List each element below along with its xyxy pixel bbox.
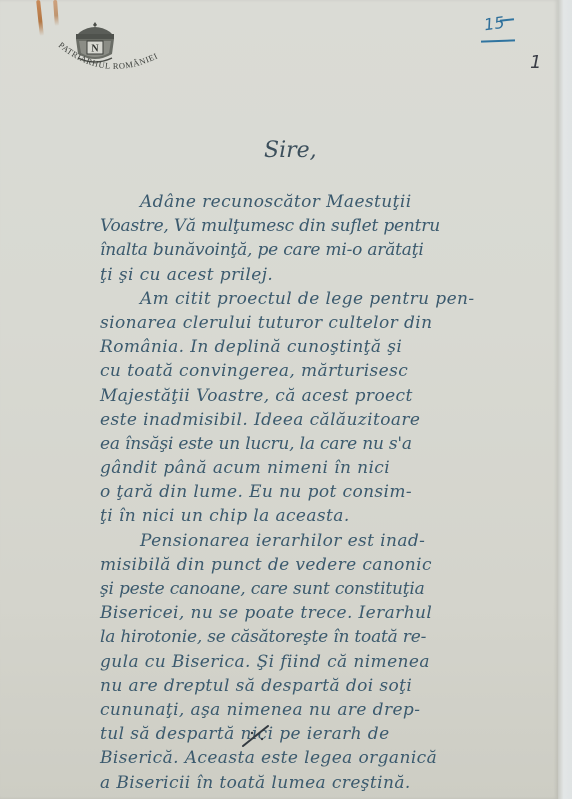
handwritten-line: Voastre, Vă mulţumesc din suflet pentru <box>100 214 558 238</box>
handwritten-line: cu toată convingerea, mărturisesc <box>100 359 558 383</box>
handwritten-line: cununaţi, aşa nimenea nu are drep- <box>100 698 558 722</box>
handwritten-line: Am citit proectul de lege pentru pen- <box>100 287 558 311</box>
handwritten-line: sionarea clerului tuturor cultelor din <box>100 311 558 335</box>
svg-text:PATRIARHUL ROMÂNIEI: PATRIARHUL ROMÂNIEI <box>57 40 160 71</box>
handwritten-line: gândit până acum nimeni în nici <box>100 456 558 480</box>
corner-stain <box>0 0 60 45</box>
handwritten-line: ea însăşi este un lucru, la care nu s'a <box>100 432 558 456</box>
scan-background-edge <box>558 0 572 799</box>
page-number: 1 <box>530 52 541 73</box>
letterhead-text: PATRIARHUL ROMÂNIEI <box>50 40 170 90</box>
archive-number-underline <box>481 39 515 42</box>
handwritten-line: ţi în nici un chip la aceasta. <box>100 504 558 528</box>
handwritten-line: Adâne recunoscător Maestuţii <box>100 190 558 214</box>
letter-body: Adâne recunoscător MaestuţiiVoastre, Vă … <box>100 190 558 795</box>
handwritten-line: Majestăţii Voastre, că acest proect <box>100 384 558 408</box>
letter-page: N PATRIARHUL ROMÂNIEI 15 1 Sire, Adâne r… <box>0 0 558 799</box>
handwritten-line: Bisericei, nu se poate trece. Ierarhul <box>100 601 558 625</box>
closing-mark <box>240 724 280 754</box>
handwritten-line: înalta bunăvoinţă, pe care mi-o arătaţi <box>100 238 558 262</box>
handwritten-line: România. In deplină cunoştinţă şi <box>100 335 558 359</box>
handwritten-line: şi peste canoane, care sunt constituţia <box>100 577 558 601</box>
handwritten-line: Biserică. Aceasta este legea organică <box>100 746 558 770</box>
handwritten-line: gula cu Biserica. Şi fiind că nimenea <box>100 650 558 674</box>
handwritten-line: a Bisericii în toată lumea creştină. <box>100 771 558 795</box>
handwritten-line: misibilă din punct de vedere canonic <box>100 553 558 577</box>
salutation: Sire, <box>264 138 317 163</box>
archive-number: 15 <box>483 13 506 35</box>
handwritten-line: Pensionarea ierarhilor est inad- <box>100 529 558 553</box>
letterhead-title: PATRIARHUL ROMÂNIEI <box>57 40 160 71</box>
handwritten-line: nu are dreptul să despartă doi soţi <box>100 674 558 698</box>
handwritten-line: este inadmisibil. Ideea călăuzitoare <box>100 408 558 432</box>
handwritten-line: ţi şi cu acest prilej. <box>100 263 558 287</box>
handwritten-line: la hirotonie, se căsătoreşte în toată re… <box>100 625 558 649</box>
handwritten-line: tul să despartă nici pe ierarh de <box>100 722 558 746</box>
handwritten-line: o ţară din lume. Eu nu pot consim- <box>100 480 558 504</box>
